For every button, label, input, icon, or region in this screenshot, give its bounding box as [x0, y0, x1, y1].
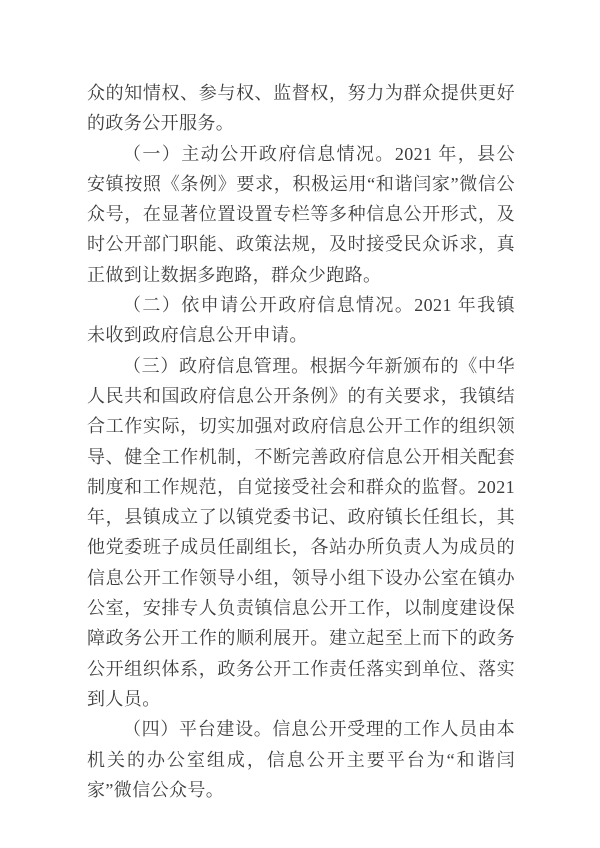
document-page: 众的知情权、参与权、监督权，努力为群众提供更好的政务公开服务。 （一）主动公开政…	[0, 0, 600, 848]
paragraph-section-2: （二）依申请公开政府信息情况。2021 年我镇未收到政府信息公开申请。	[87, 290, 515, 351]
paragraph-continuation: 众的知情权、参与权、监督权，努力为群众提供更好的政务公开服务。	[87, 78, 515, 139]
paragraph-section-4: （四）平台建设。信息公开受理的工作人员由本机关的办公室组成，信息公开主要平台为“…	[87, 714, 515, 805]
paragraph-section-1: （一）主动公开政府信息情况。2021 年，县公安镇按照《条例》要求，积极运用“和…	[87, 139, 515, 290]
document-body-text: 众的知情权、参与权、监督权，努力为群众提供更好的政务公开服务。 （一）主动公开政…	[87, 78, 515, 805]
paragraph-section-3: （三）政府信息管理。根据今年新颁布的《中华人民共和国政府信息公开条例》的有关要求…	[87, 351, 515, 715]
